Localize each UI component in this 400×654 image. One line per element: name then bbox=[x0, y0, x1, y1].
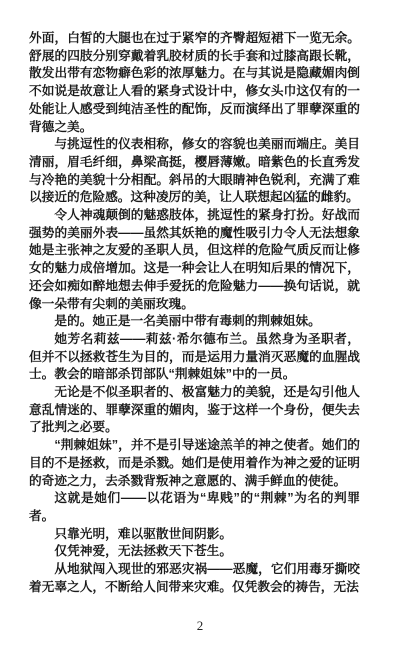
paragraph: 这就是她们——以花语为“卑贱”的“荆棘”为名的判罪者。 bbox=[29, 490, 360, 525]
paragraph: 与挑逗性的仪表相称，修女的容貌也美丽而端庄。美目清丽，眉毛纤细，鼻梁高挺，樱唇薄… bbox=[29, 136, 360, 207]
paragraph: 从地狱闯入现世的邪恶灾祸——恶魔，它们用毒牙撕咬着无辜之人，不断给人间带来灾难。… bbox=[29, 561, 360, 596]
paragraph: “荆棘姐妹”，并不是引导迷途羔羊的神之使者。她们的目的不是拯救，而是杀戮。她们是… bbox=[29, 437, 360, 490]
paragraph: 她芳名莉兹——莉兹·希尔德布兰。虽然身为圣职者，但并不以拯救苍生为目的，而是运用… bbox=[29, 331, 360, 384]
paragraph: 只靠光明，难以驱散世间阴影。 bbox=[29, 526, 360, 544]
paragraph: 仅凭神爱，无法拯救天下苍生。 bbox=[29, 543, 360, 561]
paragraph: 无论是不似圣职者的、极富魅力的美貌，还是勾引他人意乱情迷的、罪孽深重的媚肉，鉴于… bbox=[29, 384, 360, 437]
paragraph: 令人神魂颠倒的魅惑肢体，挑逗性的紧身打扮。好战而强势的美丽外表——虽然其妖艳的魔… bbox=[29, 207, 360, 313]
paragraph: 外面，白皙的大腿也在过于紧窄的齐臀超短裙下一览无余。舒展的四肢分别穿戴着乳胶材质… bbox=[29, 30, 360, 136]
page-number: 2 bbox=[0, 618, 400, 634]
page-text: 外面，白皙的大腿也在过于紧窄的齐臀超短裙下一览无余。舒展的四肢分别穿戴着乳胶材质… bbox=[29, 30, 360, 597]
paragraph: 是的。她正是一名美丽中带有毒刺的荆棘姐妹。 bbox=[29, 313, 360, 331]
book-page: 外面，白皙的大腿也在过于紧窄的齐臀超短裙下一览无余。舒展的四肢分别穿戴着乳胶材质… bbox=[0, 0, 400, 654]
